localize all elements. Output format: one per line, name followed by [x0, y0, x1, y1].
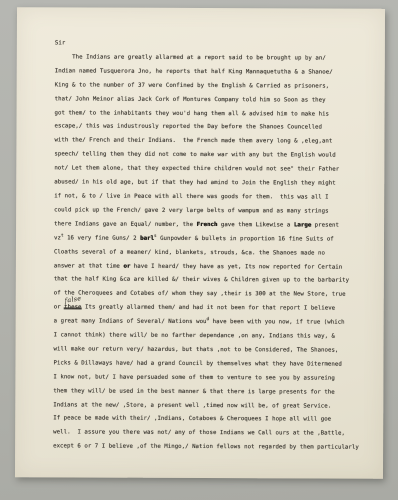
typed-text: The Indians are greatly allarmed at a re…	[55, 54, 326, 61]
typed-text: Gunpowder & bullets in proportion 16 fin…	[157, 235, 334, 242]
typed-line-13: there Indians gave an Equal/ number, the…	[54, 218, 362, 233]
typed-text: I know not, but/ I have persuaded some o…	[53, 374, 334, 381]
letter-body: Sir The Indians are greatly allarmed at …	[53, 37, 363, 456]
typed-text: vz	[54, 235, 61, 241]
typed-text: will make our return very/ hazardus, but…	[54, 346, 339, 353]
typed-text: 16 very fine Guns/ 2	[64, 235, 140, 241]
typed-text: King & to the number of 37 were Confined…	[55, 82, 329, 89]
typed-line-28: well. I assure you there was not/ any of…	[53, 427, 361, 442]
typed-line-27: If peace be made with their/ ‚Indians‚ C…	[53, 413, 361, 428]
typed-line-22: will make our return very/ hazardus, but…	[54, 343, 362, 358]
typed-line-23: Picks & Dillaways have/ had a grand Coun…	[53, 357, 361, 372]
typed-text: a great many Indians of Several/ Nations…	[54, 318, 207, 325]
salutation: Sir	[55, 37, 363, 52]
typed-line-11: if not, & to / live in Peace with all th…	[54, 190, 362, 205]
typed-line-3: King & to the number of 37 were Confined…	[55, 79, 363, 94]
typed-text: that/ John Meinor alias Jack Cork of Mon…	[55, 96, 326, 103]
typed-text: that the half King &ca are killed &/ the…	[54, 277, 349, 284]
typed-line-7: with the/ French and their Indians. the …	[54, 135, 362, 150]
typed-line-24: I know not, but/ I have persuaded some o…	[53, 371, 361, 386]
typed-text: present	[311, 222, 339, 228]
typed-text: Cloaths several of a meaner/ kind, blank…	[54, 249, 325, 256]
typed-text: Indian named Tusquerora Jno, he reports …	[55, 68, 333, 75]
typed-line-5: got them/ to the inhabitants they wou'd …	[55, 107, 363, 122]
typed-line-9: not/ Let them alone, that they expected …	[54, 163, 362, 178]
typed-text: have been with you now, if true (which	[209, 319, 345, 326]
typed-text: there Indians gave an Equal/ number, the	[54, 221, 196, 228]
typed-text: If peace be made with their/ ‚Indians‚ C…	[53, 416, 331, 423]
typed-text: not/ Let them alone, that they expected …	[54, 166, 339, 173]
typed-text: abused/ in his old age, but if that they…	[54, 179, 335, 186]
typed-text: have I heard/ they have as yet, Its now …	[130, 263, 342, 270]
typed-text: Indians at the new/ ‚Store‚ a present we…	[53, 402, 331, 409]
typed-text: these	[64, 305, 81, 311]
typed-line-20: a great many Indians of Several/ Nations…	[54, 315, 362, 330]
typed-line-18: of the Cheroquees and Cotabes of/ whom t…	[54, 288, 362, 303]
typed-line-26: Indians at the new/ ‚Store‚ a present we…	[53, 399, 361, 414]
typed-line-12: could pick up the French/ gave 2 very la…	[54, 204, 362, 219]
letter-page: Sir The Indians are greatly allarmed at …	[15, 7, 385, 479]
typed-text: speech/ telling them they did not come t…	[54, 152, 335, 159]
typed-line-25: them they will/ be used in the best mann…	[53, 385, 361, 400]
typed-line-16: answer at that time or have I heard/ the…	[54, 260, 362, 275]
typed-text: escape,/ this was industrously reported …	[54, 124, 322, 131]
typed-text: French	[197, 222, 218, 228]
typed-text: Its greatly allarmed them/ and had it no…	[82, 305, 336, 312]
typed-text: or	[54, 305, 64, 311]
typed-line-2: Indian named Tusquerora Jno, he reports …	[55, 65, 363, 80]
typed-line-6: escape,/ this was industrously reported …	[54, 121, 362, 136]
typed-text: of the Cheroquees and Cotabes of/ whom t…	[54, 291, 346, 298]
typed-text: except 6 or 7 I believe ‚of the Mingo‚/ …	[53, 444, 359, 451]
typed-line-19: or falsethese Its greatly allarmed them/…	[54, 302, 362, 317]
typed-line-8: speech/ telling them they did not come t…	[54, 149, 362, 164]
typed-line-4: that/ John Meinor alias Jack Cork of Mon…	[55, 93, 363, 108]
scan-background: { "page": { "background_color": "#b1b2ac…	[0, 0, 398, 500]
typed-line-10: abused/ in his old age, but if that they…	[54, 176, 362, 191]
typed-line-14: vzt 16 very fine Guns/ 2 barls Gunpowder…	[54, 232, 362, 247]
typed-text: well. I assure you there was not/ any of…	[53, 430, 345, 437]
typed-text: them they will/ be used in the best mann…	[53, 388, 334, 395]
strikeout-with-insertion: falsethese	[64, 302, 81, 316]
typed-text: Large	[294, 222, 311, 228]
typed-text: barl	[140, 235, 154, 241]
typed-text: Picks & Dillaways have/ had a grand Coun…	[53, 360, 341, 367]
typed-text: if not, & to / live in Peace with all th…	[54, 193, 328, 200]
typed-line-21: I cannot think) there will/ be no farthe…	[54, 329, 362, 344]
typed-line-15: Cloaths several of a meaner/ kind, blank…	[54, 246, 362, 261]
typed-text: answer at that time	[54, 263, 124, 269]
typed-line-29: except 6 or 7 I believe ‚of the Mingo‚/ …	[53, 441, 361, 456]
typed-text: I cannot think) there will/ be no farthe…	[54, 332, 335, 339]
typed-text: could pick up the French/ gave 2 very la…	[54, 207, 328, 214]
typed-line-1: The Indians are greatly allarmed at a re…	[55, 51, 363, 66]
typed-text: gave them Likewise a	[217, 222, 293, 228]
typed-text: got them/ to the inhabitants they wou'd …	[55, 110, 329, 117]
typed-line-17: that the half King &ca are killed &/ the…	[54, 274, 362, 289]
typed-text: with the/ French and their Indians. the …	[54, 138, 332, 145]
